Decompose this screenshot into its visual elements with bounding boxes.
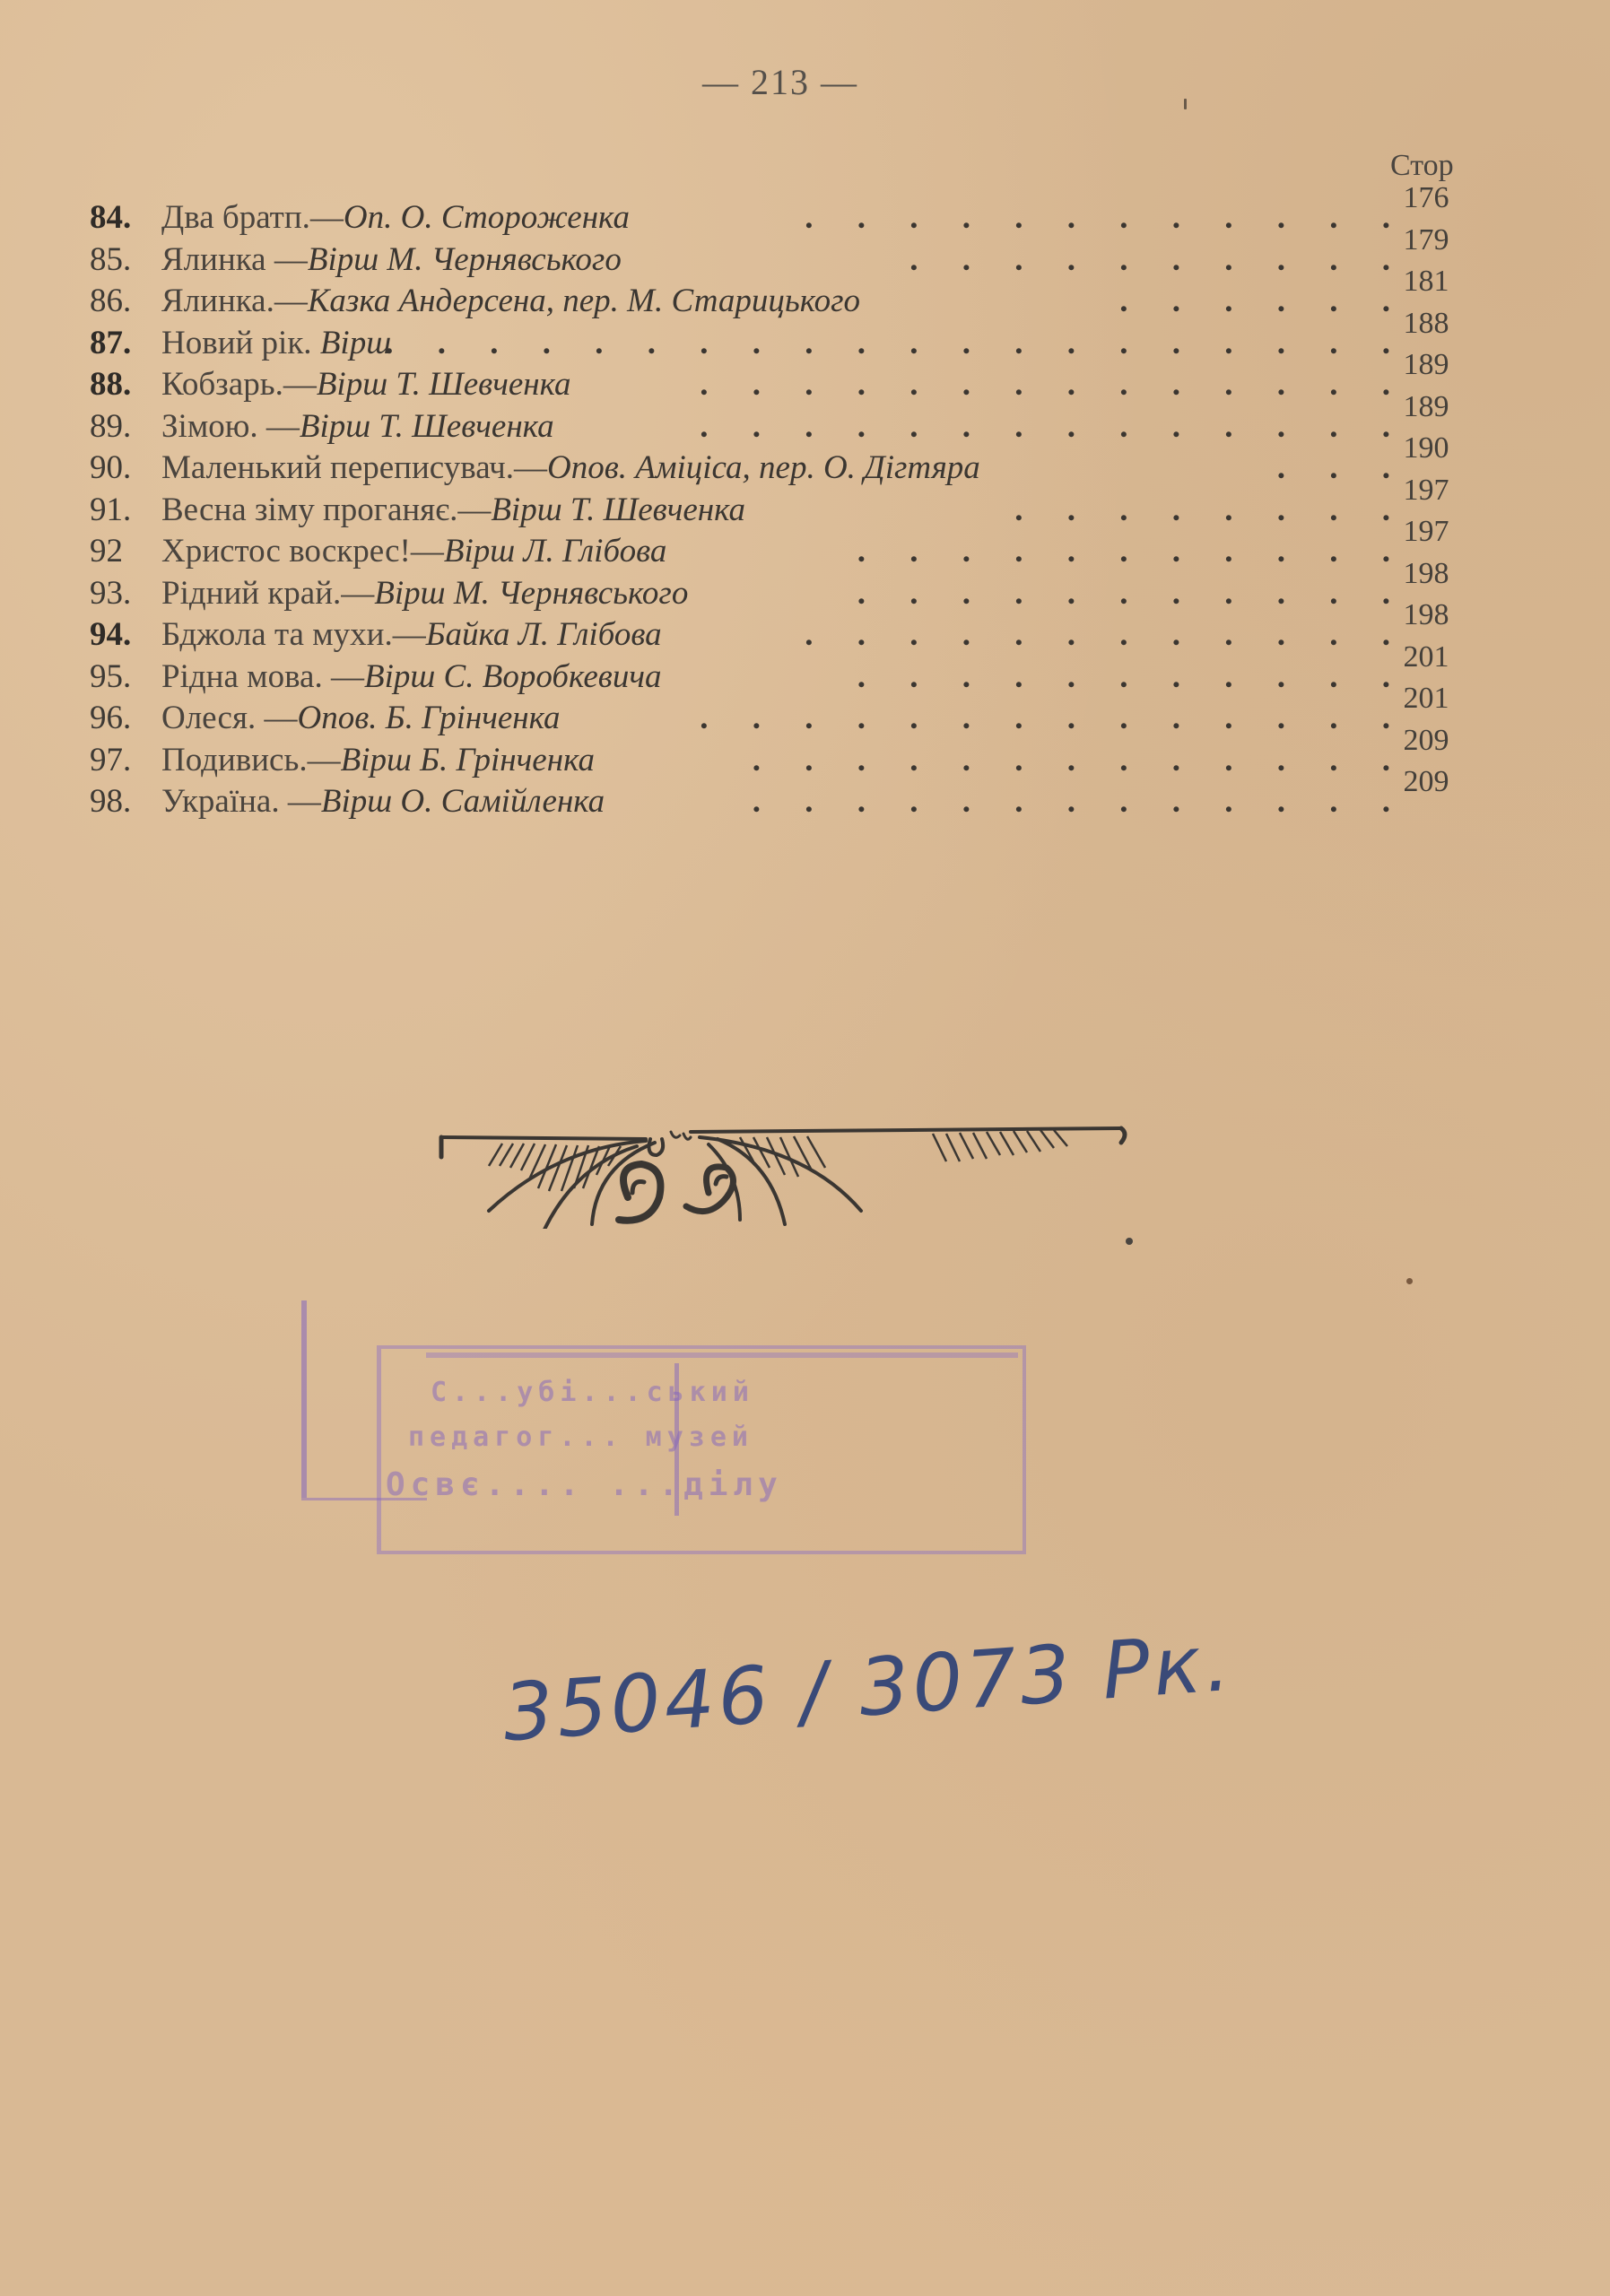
entry-author: Вірш Т. Шевченка xyxy=(300,408,554,445)
entry-separator: — xyxy=(323,658,364,695)
dot-leader: . . . . . . . . . . . . xyxy=(805,197,1408,239)
entry-author: Вірш Б. Грінченка xyxy=(341,742,595,778)
entry-number: 88. xyxy=(90,364,161,406)
entry-page: 201 xyxy=(1390,678,1462,720)
entry-author: Вірш xyxy=(320,325,391,361)
handwritten-inventory-number: 35046 / 3073 Рк. xyxy=(500,1616,1236,1760)
entry-author: Вірш Т. Шевченка xyxy=(317,366,571,403)
entry-page: 209 xyxy=(1390,720,1462,762)
page-number: — 213 — xyxy=(0,61,1561,103)
dot-leader: . . . . . . . . . . . xyxy=(857,531,1408,573)
entry-number: 92 xyxy=(90,531,161,573)
toc-entry: 93.Рідний край.—Вірш М. Чернявського . .… xyxy=(90,573,1471,615)
entry-title: Новий рік. xyxy=(161,325,312,361)
entry-title: Два братп. xyxy=(161,199,310,236)
dot-leader: . . . . . . xyxy=(1119,281,1408,323)
toc-entry: 87.Новий рік. Вірш . . . . . . . . . . .… xyxy=(90,323,1471,365)
entry-separator xyxy=(312,325,320,361)
dot-leader: . . . . . . . . . . . . . . xyxy=(700,406,1408,448)
entry-number: 98. xyxy=(90,781,161,823)
toc-entry: 97.Подивись.—Вірш Б. Грінченка . . . . .… xyxy=(90,740,1471,782)
entry-title: Рідна мова. xyxy=(161,658,323,695)
stamp-top-line xyxy=(426,1352,1018,1358)
entry-separator: — xyxy=(393,616,426,653)
dot-leader: . . . . . . . . . . . xyxy=(857,573,1408,615)
stamp-text-line: Освє.... ...ділу xyxy=(386,1466,783,1503)
entry-number: 94. xyxy=(90,614,161,657)
dot-leader: . . . . . . . . . . . . . . . . . . . . xyxy=(385,323,1408,365)
dot-leader: . . . . . . . . . . . xyxy=(857,657,1408,699)
entry-number: 93. xyxy=(90,573,161,615)
entry-title: Ялинка xyxy=(161,241,266,278)
dot-leader: . . . . . . . . . . xyxy=(909,239,1408,282)
entry-separator: — xyxy=(310,199,344,236)
toc-entry: 85.Ялинка —Вірш М. Чернявського . . . . … xyxy=(90,239,1471,282)
entry-separator: — xyxy=(457,491,491,528)
toc-entry: 88.Кобзарь.—Вірш Т. Шевченка . . . . . .… xyxy=(90,364,1471,406)
entry-separator: — xyxy=(514,449,547,486)
entry-separator: — xyxy=(280,783,321,820)
dot-leader: . . . . . . . . . . . . . xyxy=(753,740,1408,782)
entry-separator: — xyxy=(283,366,317,403)
table-of-contents: 84.Два братп.—Оп. О. Стороженка . . . . … xyxy=(90,197,1471,823)
paper-speck xyxy=(1184,99,1187,109)
dot-leader: . . . . . . . . . . . . . . xyxy=(700,698,1408,740)
dot-leader: . . . . . . . . . . . . . xyxy=(753,781,1408,823)
entry-number: 87. xyxy=(90,323,161,365)
dot-leader: . . . xyxy=(1277,448,1408,490)
entry-author: Вірш С. Воробкевича xyxy=(364,658,661,695)
entry-author: Вірш Т. Шевченка xyxy=(491,491,745,528)
entry-title: Олеся. xyxy=(161,700,256,736)
entry-author: Оп. О. Стороженка xyxy=(344,199,630,236)
entry-number: 97. xyxy=(90,740,161,782)
entry-number: 91. xyxy=(90,490,161,532)
dot-leader: . . . . . . . . . . . . . . xyxy=(700,364,1408,406)
toc-entry: 95.Рідна мова. —Вірш С. Воробкевича . . … xyxy=(90,657,1471,699)
entry-page: 188 xyxy=(1390,303,1462,345)
floral-vignette-icon xyxy=(431,1112,1130,1229)
toc-entry: 91.Весна зіму проганяє.—Вірш Т. Шевченка… xyxy=(90,490,1471,532)
entry-separator: — xyxy=(274,283,308,319)
entry-page: 201 xyxy=(1390,637,1462,679)
entry-number: 95. xyxy=(90,657,161,699)
entry-number: 84. xyxy=(90,197,161,239)
toc-entry: 98.Україна. —Вірш О. Самійленка . . . . … xyxy=(90,781,1471,823)
entry-number: 85. xyxy=(90,239,161,282)
entry-page: 198 xyxy=(1390,595,1462,637)
entry-number: 90. xyxy=(90,448,161,490)
entry-author: Вірш М. Чернявського xyxy=(308,241,622,278)
entry-author: Вірш М. Чернявського xyxy=(374,575,688,612)
toc-entry: 96.Олеся. —Опов. Б. Грінченка . . . . . … xyxy=(90,698,1471,740)
entry-page: 176 xyxy=(1390,178,1462,220)
entry-page: 198 xyxy=(1390,553,1462,596)
entry-title: Зімою. xyxy=(161,408,258,445)
entry-title: Подивись. xyxy=(161,742,308,778)
toc-entry: 89.Зімою. —Вірш Т. Шевченка . . . . . . … xyxy=(90,406,1471,448)
toc-entry: 94.Бджола та мухи.—Байка Л. Глібова . . … xyxy=(90,614,1471,657)
entry-title: Рідний край. xyxy=(161,575,341,612)
entry-title: Христос воскрес! xyxy=(161,533,411,570)
entry-title: Україна. xyxy=(161,783,280,820)
entry-title: Маленький переписувач. xyxy=(161,449,514,486)
entry-page: 190 xyxy=(1390,428,1462,470)
entry-author: Опов. Аміціса, пер. О. Дігтяра xyxy=(547,449,980,486)
entry-number: 89. xyxy=(90,406,161,448)
entry-page: 181 xyxy=(1390,261,1462,303)
entry-separator: — xyxy=(411,533,444,570)
entry-author: Байка Л. Глібова xyxy=(426,616,662,653)
entry-title: Кобзарь. xyxy=(161,366,283,403)
stamp-text-line: педагог... музей xyxy=(408,1422,753,1453)
entry-separator: — xyxy=(341,575,374,612)
toc-entry: 84.Два братп.—Оп. О. Стороженка . . . . … xyxy=(90,197,1471,239)
paper-speck xyxy=(1126,1238,1133,1245)
entry-number: 96. xyxy=(90,698,161,740)
entry-page: 197 xyxy=(1390,470,1462,512)
toc-entry: 86.Ялинка.—Казка Андерсена, пер. М. Стар… xyxy=(90,281,1471,323)
entry-title: Весна зіму проганяє. xyxy=(161,491,457,528)
entry-separator: — xyxy=(256,700,297,736)
paper-speck xyxy=(1406,1278,1413,1284)
entry-page: 179 xyxy=(1390,220,1462,262)
dot-leader: . . . . . . . . xyxy=(1014,490,1408,532)
entry-separator: — xyxy=(258,408,300,445)
toc-entry: 90.Маленький переписувач.—Опов. Аміціса,… xyxy=(90,448,1471,490)
toc-entry: 92Христос воскрес!—Вірш Л. Глібова . . .… xyxy=(90,531,1471,573)
stamp-outer-bracket xyxy=(301,1300,319,1498)
entry-page: 189 xyxy=(1390,344,1462,387)
entry-separator: — xyxy=(266,241,308,278)
entry-author: Опов. Б. Грінченка xyxy=(297,700,560,736)
entry-title: Бджола та мухи. xyxy=(161,616,393,653)
entry-page: 209 xyxy=(1390,761,1462,804)
entry-separator: — xyxy=(308,742,341,778)
entry-page: 189 xyxy=(1390,387,1462,429)
entry-author: Казка Андерсена, пер. М. Старицького xyxy=(308,283,860,319)
entry-title: Ялинка. xyxy=(161,283,274,319)
dot-leader: . . . . . . . . . . . . xyxy=(805,614,1408,657)
entry-author: Вірш Л. Глібова xyxy=(444,533,667,570)
entry-author: Вірш О. Самійленка xyxy=(321,783,605,820)
entry-number: 86. xyxy=(90,281,161,323)
stamp-text-line: С...убі...ський xyxy=(431,1377,754,1408)
entry-page: 197 xyxy=(1390,511,1462,553)
